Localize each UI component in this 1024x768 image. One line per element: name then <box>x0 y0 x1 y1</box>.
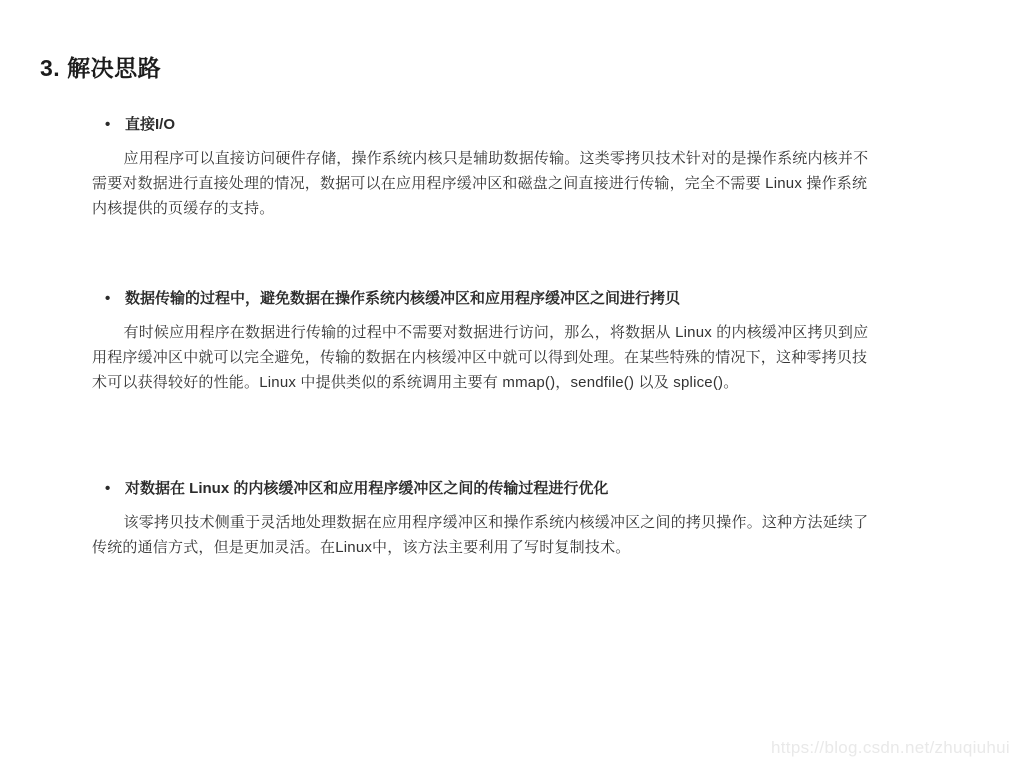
section-direct-io: • 直接I/O 应用程序可以直接访问硬件存储，操作系统内核只是辅助数据传输。这类… <box>40 115 984 221</box>
bullet-icon: • <box>105 289 125 309</box>
section-body: 该零拷贝技术侧重于灵活地处理数据在应用程序缓冲区和操作系统内核缓冲区之间的拷贝操… <box>92 510 876 560</box>
section-heading-row: • 数据传输的过程中，避免数据在操作系统内核缓冲区和应用程序缓冲区之间进行拷贝 <box>40 289 984 309</box>
bullet-icon: • <box>105 115 125 135</box>
section-heading: 数据传输的过程中，避免数据在操作系统内核缓冲区和应用程序缓冲区之间进行拷贝 <box>125 289 680 309</box>
bullet-icon: • <box>105 479 125 499</box>
section-body: 有时候应用程序在数据进行传输的过程中不需要对数据进行访问，那么，将数据从 Lin… <box>92 320 876 395</box>
section-avoid-copy: • 数据传输的过程中，避免数据在操作系统内核缓冲区和应用程序缓冲区之间进行拷贝 … <box>40 289 984 395</box>
section-heading-row: • 直接I/O <box>40 115 984 135</box>
section-optimize-transfer: • 对数据在 Linux 的内核缓冲区和应用程序缓冲区之间的传输过程进行优化 该… <box>40 479 984 560</box>
page-title: 3. 解决思路 <box>40 50 984 83</box>
section-body: 应用程序可以直接访问硬件存储，操作系统内核只是辅助数据传输。这类零拷贝技术针对的… <box>92 146 876 221</box>
article-content: 3. 解决思路 • 直接I/O 应用程序可以直接访问硬件存储，操作系统内核只是辅… <box>0 0 1024 560</box>
section-heading: 直接I/O <box>125 115 175 135</box>
csdn-blog-watermark: https://blog.csdn.net/zhuqiuhui <box>771 738 1010 758</box>
section-heading-row: • 对数据在 Linux 的内核缓冲区和应用程序缓冲区之间的传输过程进行优化 <box>40 479 984 499</box>
article-page: 3. 解决思路 • 直接I/O 应用程序可以直接访问硬件存储，操作系统内核只是辅… <box>0 0 1024 768</box>
section-heading: 对数据在 Linux 的内核缓冲区和应用程序缓冲区之间的传输过程进行优化 <box>125 479 608 499</box>
